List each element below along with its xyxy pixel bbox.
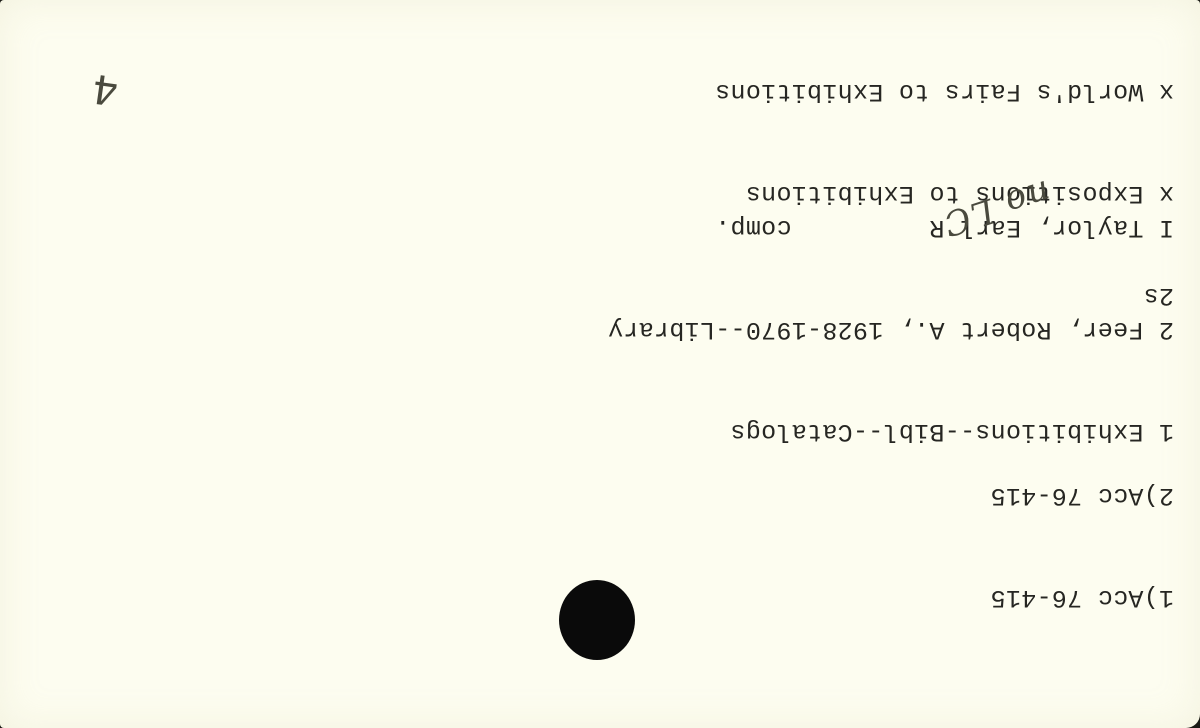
cross-reference-block: 2s x Expositions to Exhibitions x World'… bbox=[715, 6, 1174, 380]
handwritten-number: 4 bbox=[89, 64, 121, 113]
punch-hole bbox=[559, 580, 635, 660]
tracing-subject: 1 Exhibitions--Bibl--Catalogs bbox=[608, 414, 1174, 448]
see-also-label: 2s bbox=[715, 278, 1174, 312]
accession-line-1: 1)Acc 76-415 bbox=[990, 580, 1174, 614]
catalog-card: 1)Acc 76-415 2)Acc 76-415 1 Exhibitions-… bbox=[0, 0, 1200, 728]
cross-reference-2: x World's Fairs to Exhibitions bbox=[715, 74, 1174, 108]
